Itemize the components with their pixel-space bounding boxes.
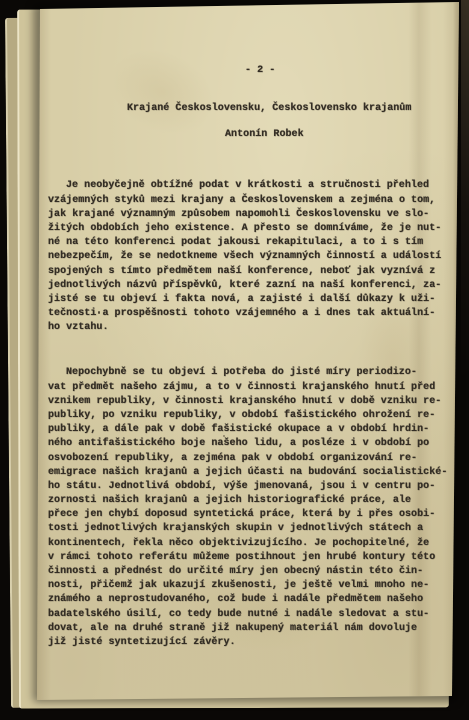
text-line: osvobození republiky, a zejména pak v ob… bbox=[48, 452, 450, 466]
paragraph-1: Je neobyčejně obtížné podat v krátkosti … bbox=[48, 179, 450, 335]
page-number: - 2 - bbox=[245, 64, 275, 78]
text-line: činnosti a přednést do určité míry jen o… bbox=[48, 565, 450, 579]
document-title: Krajané Československu, Československo k… bbox=[127, 102, 411, 116]
text-line: ného antifašistického boje našeho lidu, … bbox=[48, 437, 450, 451]
text-line: zornosti našich krajanů a jejich histori… bbox=[48, 494, 450, 508]
text-line: ho vztahu. bbox=[48, 321, 450, 335]
text-line: jisté se tu objeví i fakta nová, a zajis… bbox=[48, 293, 450, 307]
text-line: známého a neprostudovaného, což bude i n… bbox=[48, 593, 450, 607]
text-line: přece jen chybí doposud syntetická práce… bbox=[48, 508, 450, 522]
text-line: badatelského úsilí, co tedy bude nutné i… bbox=[48, 608, 450, 622]
paper-stain bbox=[95, 33, 228, 151]
text-line: spojených s tímto předmětem naší konfere… bbox=[48, 265, 450, 279]
text-line: nosti, přičemž jak ukazují zkušenosti, j… bbox=[48, 579, 450, 593]
text-line: né na této konferenci podat jakousi reka… bbox=[48, 236, 450, 250]
text-line: emigrace našich krajanů a jejich účasti … bbox=[48, 466, 450, 480]
text-line: Nepochybně se tu objeví i potřeba do jis… bbox=[48, 366, 450, 380]
text-line: jednotlivých názvů příspěvků, které zazn… bbox=[48, 279, 450, 293]
document-author: Antonín Robek bbox=[225, 128, 304, 142]
text-line: již jisté syntetizující závěry. bbox=[48, 636, 450, 650]
text-line: tosti jednotlivých krajanských skupin v … bbox=[48, 522, 450, 536]
text-line: Je neobyčejně obtížné podat v krátkosti … bbox=[48, 179, 450, 193]
text-line: jak krajané významným způsobem napomohli… bbox=[48, 208, 450, 222]
document-page: - 2 - Krajané Československu, Českoslove… bbox=[37, 2, 459, 700]
paragraph-2: Nepochybně se tu objeví i potřeba do jis… bbox=[48, 366, 450, 650]
background-page-edge bbox=[461, 0, 469, 380]
text-line: publiky, a dále pak v době fašistické ok… bbox=[48, 423, 450, 437]
text-line: publiky, po vzniku republiky, v období f… bbox=[48, 409, 450, 423]
text-line: vzájemných styků mezi krajany a Českoslo… bbox=[48, 194, 450, 208]
text-line: kontinentech, řekla něco objektivizující… bbox=[48, 537, 450, 551]
text-line: dovat, ale na druhé straně již nakupený … bbox=[48, 622, 450, 636]
text-line: vznikem republiky, v činnosti krajanskéh… bbox=[48, 395, 450, 409]
text-line: vat předmět našeho zájmu, a to v činnost… bbox=[48, 381, 450, 395]
document-body: Je neobyčejně obtížné podat v krátkosti … bbox=[48, 151, 450, 679]
text-line: nebezpečím, že se nedotkneme všech význa… bbox=[48, 250, 450, 264]
text-line: v rámci tohoto referátu můžeme postihnou… bbox=[48, 551, 450, 565]
text-line: žitých obdobích jeho existence. A přesto… bbox=[48, 222, 450, 236]
text-line: ho státu. Jednotlivá období, výše jmenov… bbox=[48, 480, 450, 494]
scanned-document-photo: - 2 - Krajané Československu, Českoslove… bbox=[0, 0, 469, 720]
text-line: tečnosti a prospěšnosti tohoto vzájemnéh… bbox=[48, 307, 450, 321]
